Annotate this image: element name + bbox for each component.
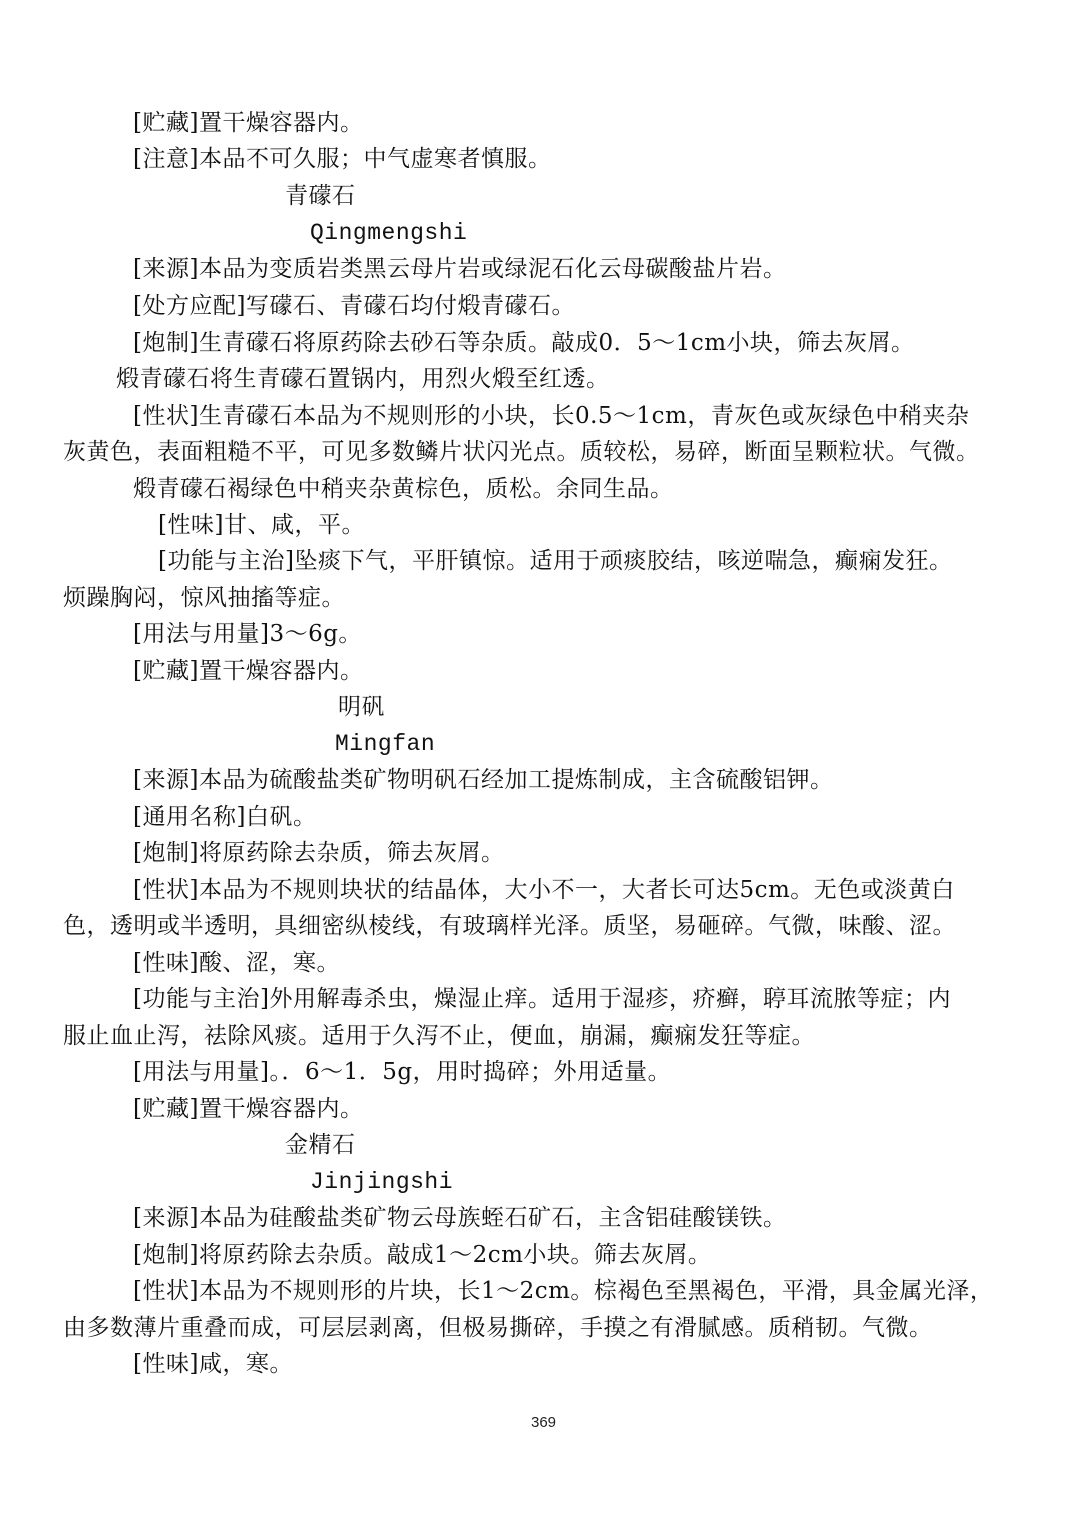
entry-pinyin: Mingfan (335, 729, 435, 759)
text-line: [炮制]将原药除去杂质，筛去灰屑。 (133, 838, 504, 868)
text-line: [性状]本品为不规则形的片块，长1～2cm。棕褐色至黑褐色，平滑，具金属光泽， (133, 1276, 993, 1306)
text-line: [功能与主治]坠痰下气，平肝镇惊。适用于顽痰胶结，咳逆喘急，癫痫发狂。 (158, 546, 952, 576)
text-line: 色，透明或半透明，具细密纵棱线，有玻璃样光泽。质坚，易砸碎。气微，味酸、涩。 (63, 911, 956, 941)
text-line: 烦躁胸闷，惊风抽搐等症。 (63, 583, 345, 613)
text-line: [炮制]生青礞石将原药除去砂石等杂质。敲成0．5～1cm小块，筛去灰屑。 (133, 328, 915, 358)
text-line: [通用名称]白矾。 (133, 802, 316, 832)
entry-heading: 金精石 (285, 1130, 356, 1160)
entry-pinyin: Qingmengshi (310, 218, 467, 248)
entry-heading: 明矾 (338, 692, 385, 722)
page-number: 369 (0, 1414, 1087, 1431)
text-line: [处方应配]写礞石、青礞石均付煅青礞石。 (133, 291, 575, 321)
text-line: 服止血止泻，祛除风痰。适用于久泻不止，便血，崩漏，癫痫发狂等症。 (63, 1021, 815, 1051)
text-line: [炮制]将原药除去杂质。敲成1～2cm小块。筛去灰屑。 (133, 1240, 711, 1270)
text-line: [功能与主治]外用解毒杀虫，燥湿止痒。适用于湿疹，疥癣，聤耳流脓等症；内 (133, 984, 951, 1014)
text-line: [性味]酸、涩，寒。 (133, 948, 340, 978)
text-line: [贮藏]置干燥容器内。 (133, 1094, 363, 1124)
text-line: [贮藏]置干燥容器内。 (133, 108, 363, 138)
text-line: [来源]本品为变质岩类黑云母片岩或绿泥石化云母碳酸盐片岩。 (133, 254, 786, 284)
text-line: 灰黄色，表面粗糙不平，可见多数鳞片状闪光点。质较松，易碎，断面呈颗粒状。气微。 (63, 437, 980, 467)
text-line: 由多数薄片重叠而成，可层层剥离，但极易撕碎，手摸之有滑腻感。质稍韧。气微。 (63, 1313, 933, 1343)
text-line: [贮藏]置干燥容器内。 (133, 656, 363, 686)
document-page: [贮藏]置干燥容器内。[注意]本品不可久服；中气虚寒者慎服。青礞石Qingmen… (0, 0, 1087, 1536)
text-line: [用法与用量]。．6～1．5g，用时捣碎；外用适量。 (133, 1057, 671, 1087)
text-line: [性状]本品为不规则块状的结晶体，大小不一，大者长可达5cm。无色或淡黄白 (133, 875, 955, 905)
text-line: [性状]生青礞石本品为不规则形的小块，长0.5～1cm，青灰色或灰绿色中稍夹杂 (133, 401, 969, 431)
entry-heading: 青礞石 (285, 181, 356, 211)
text-line: [性味]咸，寒。 (133, 1349, 293, 1379)
text-line: [来源]本品为硅酸盐类矿物云母族蛭石矿石，主含铝硅酸镁铁。 (133, 1203, 786, 1233)
text-line: [来源]本品为硫酸盐类矿物明矾石经加工提炼制成，主含硫酸铝钾。 (133, 765, 833, 795)
text-line: 煅青礞石褐绿色中稍夹杂黄棕色，质松。余同生品。 (133, 474, 674, 504)
text-line: [性味]甘、咸，平。 (158, 510, 365, 540)
text-line: [用法与用量]3～6g。 (133, 619, 362, 649)
text-line: [注意]本品不可久服；中气虚寒者慎服。 (133, 144, 551, 174)
entry-pinyin: Jinjingshi (310, 1167, 453, 1197)
text-line: 煅青礞石将生青礞石置锅内，用烈火煅至红透。 (116, 364, 610, 394)
